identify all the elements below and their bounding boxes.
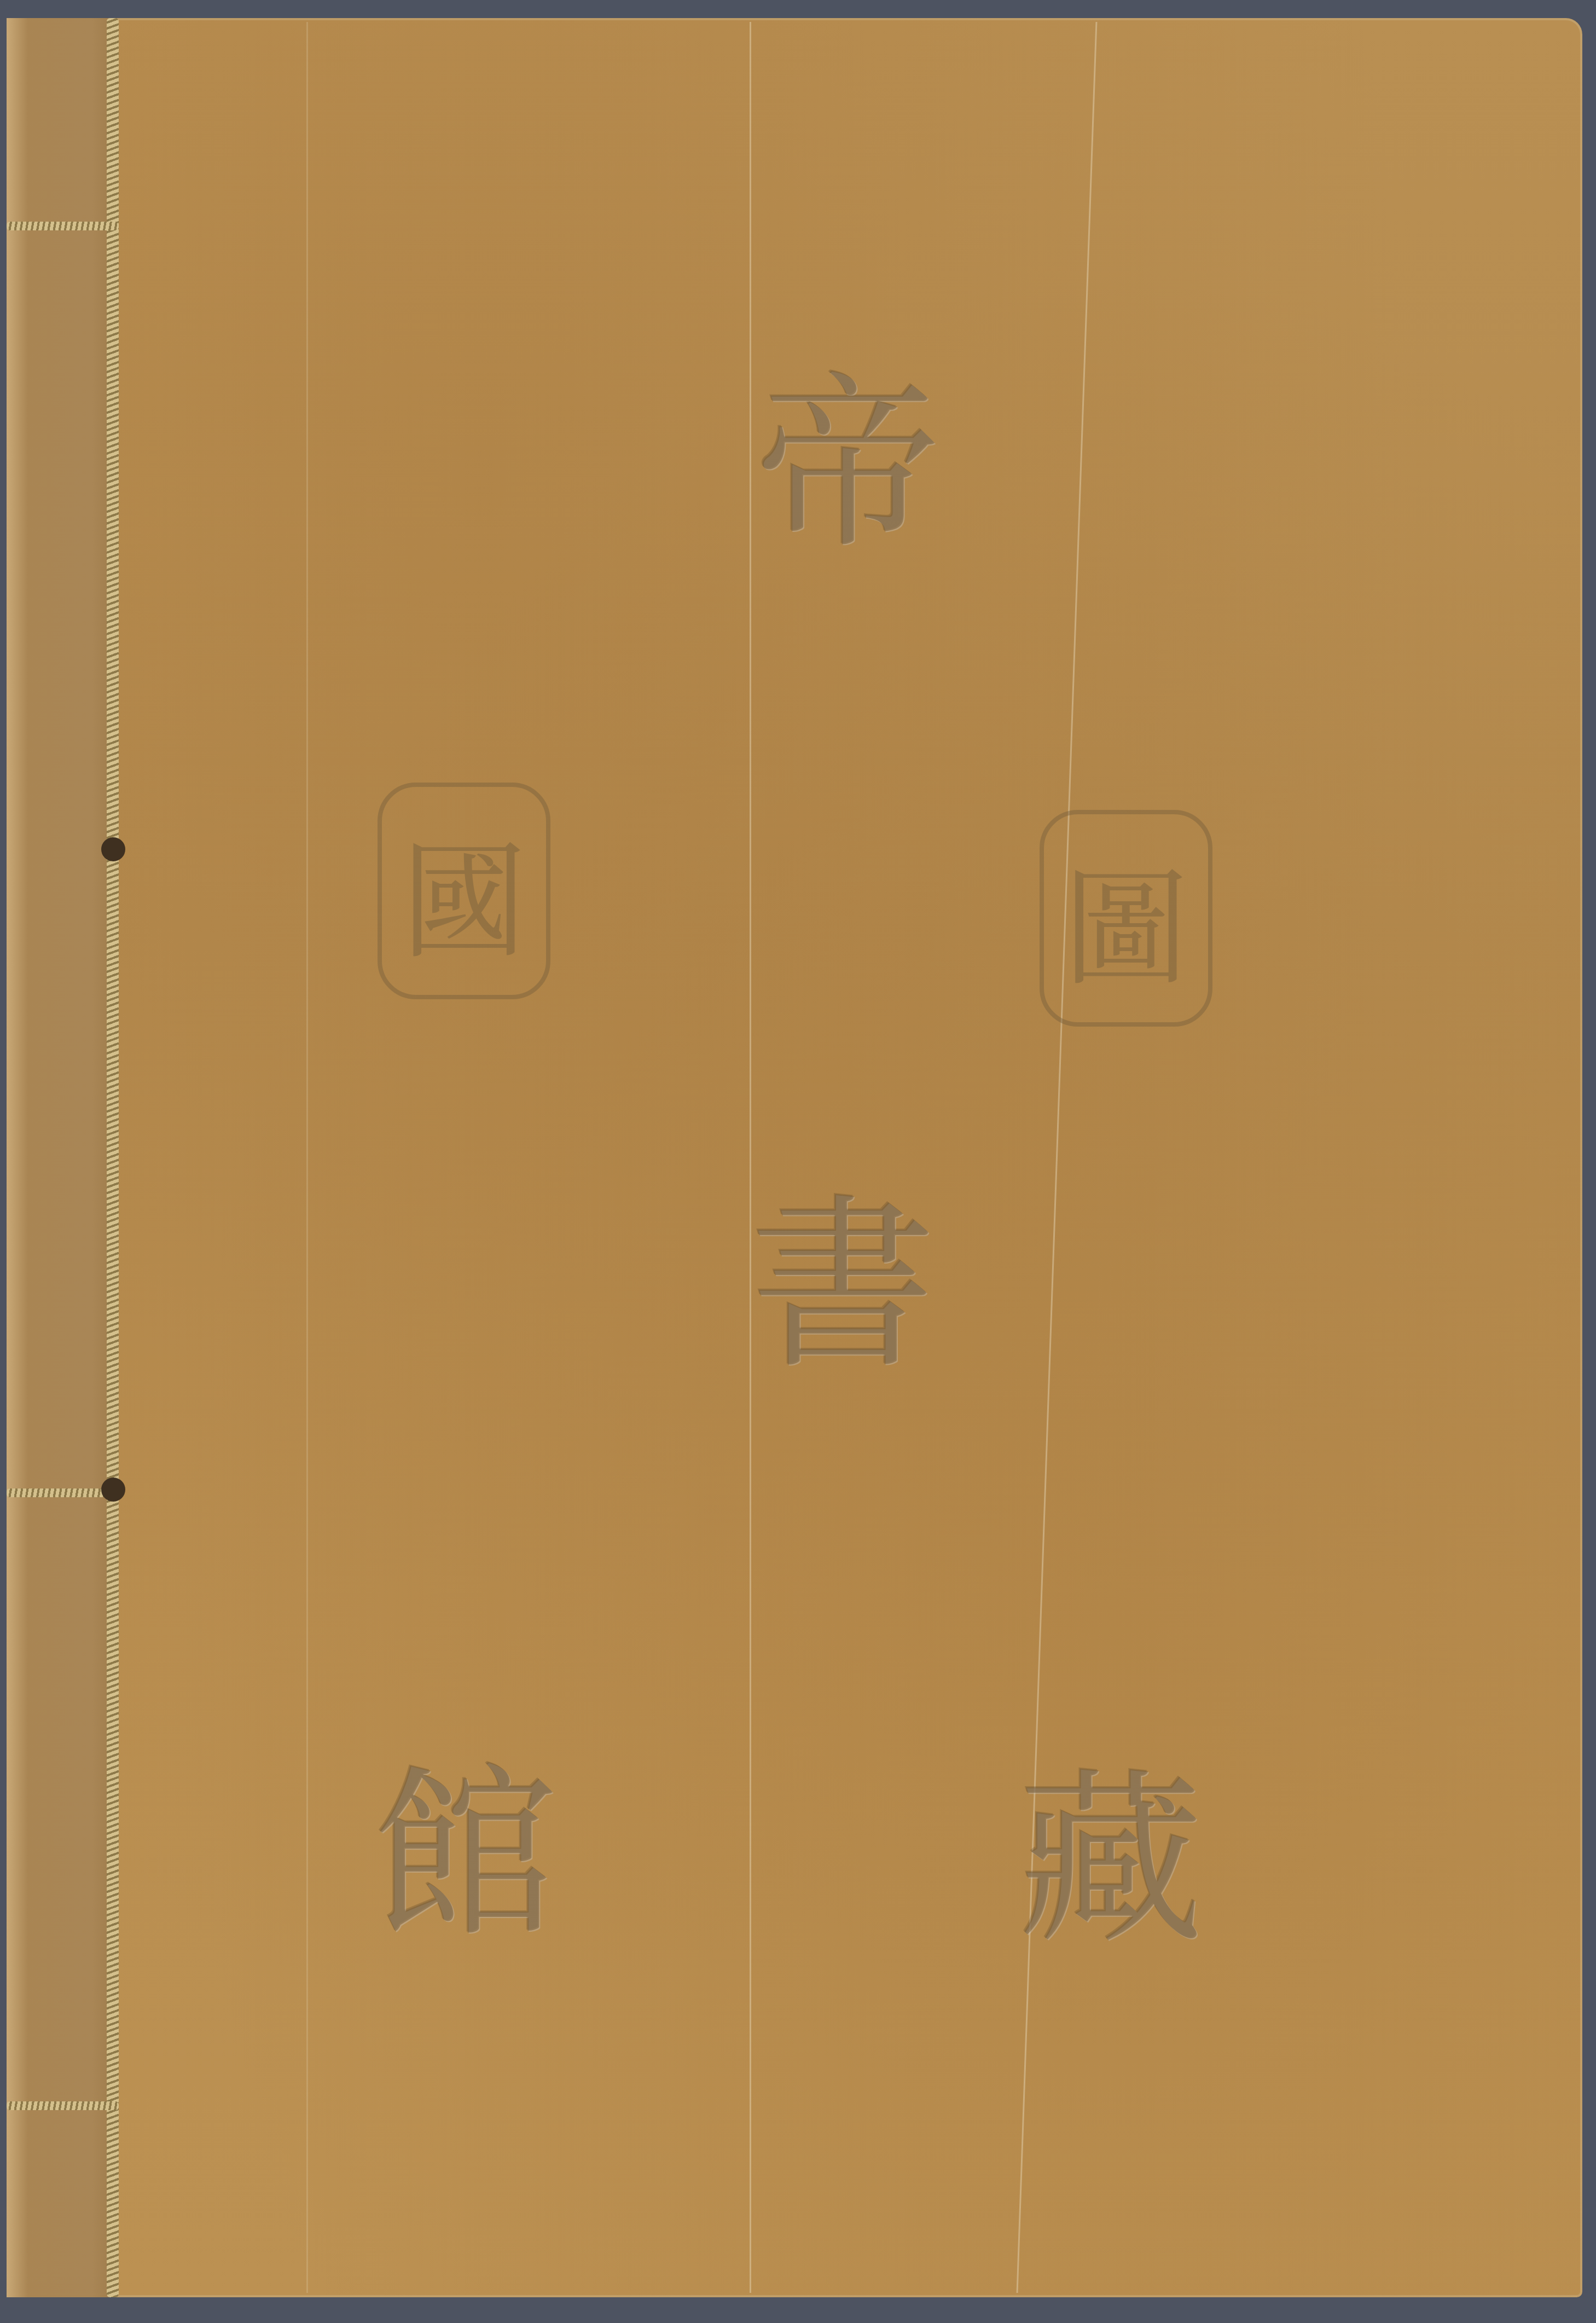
spine-flap — [7, 18, 114, 2297]
binding-knot — [101, 1478, 125, 1502]
embossed-seal-right: 圖 — [1040, 810, 1212, 1027]
embossed-character-bottom-left: 館 — [372, 1762, 558, 1948]
embossed-character-top: 帝 — [755, 372, 941, 558]
binding-thread-horizontal — [7, 2101, 119, 2110]
embossed-character-middle: 書 — [750, 1193, 936, 1379]
embossed-seal-left: 國 — [378, 783, 550, 999]
paper-crease — [306, 22, 308, 2293]
binding-thread-vertical — [107, 18, 119, 2297]
binding-knot — [101, 837, 125, 861]
embossed-character-bottom-right: 藏 — [1018, 1768, 1204, 1954]
binding-thread-horizontal — [7, 222, 119, 230]
paper-crease — [750, 22, 751, 2293]
